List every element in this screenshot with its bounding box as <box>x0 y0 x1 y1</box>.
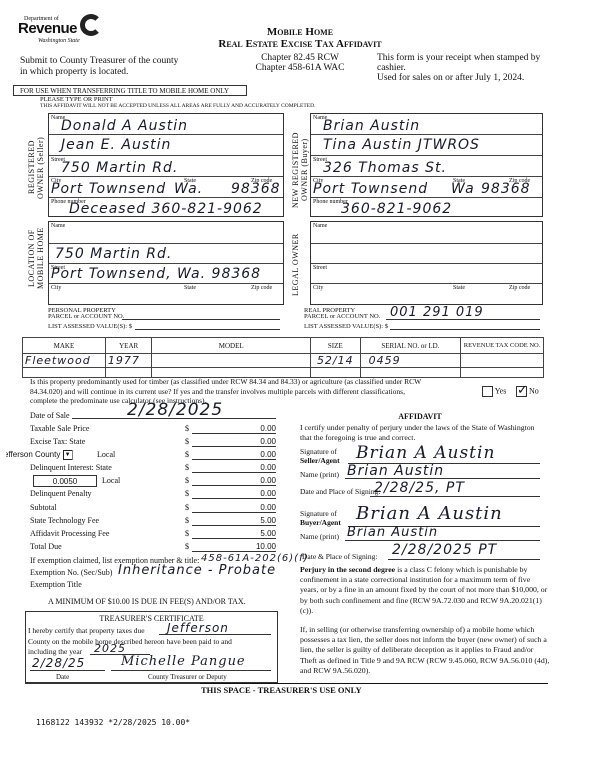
cashier-stamp: 1168122 143932 *2/28/2025 10.00* <box>36 718 190 727</box>
form-title-line2: Real Estate Excise Tax Affidavit <box>0 38 600 50</box>
cell-size[interactable]: 52/14 <box>310 354 360 368</box>
col-year: YEAR <box>105 338 152 354</box>
seller-phone-field[interactable]: Phone number Deceased 360-821-9062 <box>49 198 283 217</box>
cell-model[interactable] <box>152 368 310 378</box>
buyer-box: Name Brian Austin Tina Austin JTWROS Str… <box>310 113 543 217</box>
location-street-field[interactable]: Street Port Townsend, Wa. 98368 <box>49 264 283 284</box>
fee-row-delinquent-penalty: Delinquent Penalty$0.00 <box>30 489 276 502</box>
yes-label: Yes <box>495 386 507 395</box>
exemption-no-label: Exemption No. (Sec/Sub) <box>30 568 112 577</box>
exemption-title-value[interactable]: Inheritance - Probate <box>118 563 276 578</box>
minimum-note: A MINIMUM OF $10.00 IS DUE IN FEE(S) AND… <box>48 597 246 606</box>
state-label: State <box>453 285 465 291</box>
fee-label: Excise Tax: State <box>30 437 85 446</box>
street-label: Street <box>313 265 327 271</box>
seller-section-label: REGISTERED OWNER (Seller) <box>27 125 47 210</box>
mobile-home-table: MAKE YEAR MODEL SIZE SERIAL NO. or I.D. … <box>22 337 544 378</box>
seller-signature-value: Brian A Austin <box>356 443 495 463</box>
buyer-name2-value: Tina Austin JTWROS <box>323 137 480 153</box>
fee-row-excise-local: Local$0.00 <box>30 450 276 463</box>
treasurer-county-value: Jefferson <box>167 621 229 635</box>
fee-label: Local <box>97 450 115 459</box>
currency-sign: $ <box>185 424 189 433</box>
legal-name-field[interactable]: Name <box>311 222 542 244</box>
buyer-city-field[interactable]: City State Zip code Port Townsend Wa 983… <box>311 177 542 198</box>
fee-row-delinquent-local: Local$0.00 <box>30 476 276 489</box>
form-title-line1: Mobile Home <box>0 26 600 38</box>
fee-value[interactable]: 10.00 <box>192 542 276 552</box>
buyer-name1-field[interactable]: Name Brian Austin <box>311 114 542 135</box>
fee-value[interactable]: 0.00 <box>192 424 276 434</box>
personal-assessed-label: LIST ASSESSED VALUE(S): $ <box>48 323 132 330</box>
cell-tax-code[interactable] <box>461 354 544 368</box>
fee-value[interactable]: 0.00 <box>192 463 276 473</box>
cell-serial[interactable] <box>360 368 460 378</box>
yes-checkbox[interactable] <box>482 386 493 397</box>
legal-street-field[interactable]: Street <box>311 264 542 284</box>
treasurer-date-value: 2/28/25 <box>32 656 85 670</box>
treasurer-date-label: Date <box>56 673 69 681</box>
fee-value[interactable]: 0.00 <box>192 503 276 513</box>
fee-row-affidavit-processing: Affidavit Processing Fee$5.00 <box>30 529 276 542</box>
timber-question: Is this property predominantly used for … <box>30 377 430 406</box>
no-checkbox[interactable]: ✓ <box>516 386 527 397</box>
name-label: Name <box>51 223 65 229</box>
real-assessed-input[interactable] <box>390 323 540 330</box>
real-parcel-input[interactable]: 001 291 019 <box>386 305 540 320</box>
zip-label: Zip code <box>251 285 272 291</box>
no-label: No <box>529 386 539 395</box>
city-label: City <box>313 285 323 291</box>
buyer-zip-value: 98368 <box>481 181 531 197</box>
seller-city-field[interactable]: City State Zip code Port Townsend Wa. 98… <box>49 177 283 198</box>
seller-zip-value: 98368 <box>231 181 281 197</box>
buyer-signature-input[interactable]: Brian A Austin <box>348 505 540 527</box>
seller-sig-label: Signature of Seller/Agent <box>300 447 340 465</box>
seller-name-label: Name (print) <box>300 470 339 479</box>
seller-label-2: OWNER (Seller) <box>36 136 45 198</box>
location-line1-field[interactable]: 750 Martin Rd. <box>49 244 283 264</box>
submit-note-2: in which property is located. <box>20 67 128 77</box>
buyer-name-value: Brian Austin <box>347 525 438 540</box>
legal-name2-field[interactable] <box>311 244 542 264</box>
buyer-date-value: 2/28/2025 PT <box>392 542 497 558</box>
receipt-note-2: cashier. <box>377 63 406 73</box>
treasurer-certificate: TREASURER'S CERTIFICATE I hereby certify… <box>25 611 278 684</box>
no-option[interactable]: ✓ No <box>516 386 539 397</box>
buyer-name-label: Name (print) <box>300 532 339 541</box>
seller-signature-input[interactable]: Brian A Austin <box>348 445 540 464</box>
legal-owner-section-label: LEGAL OWNER <box>291 230 305 300</box>
treasurer-text3: including the year <box>28 647 82 656</box>
real-parcel-value: 001 291 019 <box>390 305 484 320</box>
currency-sign: $ <box>185 476 189 485</box>
fee-row-state-technology: State Technology Fee$5.00 <box>30 516 276 529</box>
seller-name2-value: Jean E. Austin <box>61 137 171 153</box>
location-name-field[interactable]: Name <box>49 222 283 244</box>
table-header-row: MAKE YEAR MODEL SIZE SERIAL NO. or I.D. … <box>23 338 544 354</box>
location-line1-value: 750 Martin Rd. <box>55 246 172 262</box>
cell-size[interactable] <box>310 368 360 378</box>
buyer-phone-value: 360-821-9062 <box>341 201 452 217</box>
fee-row-taxable-sale-price: Taxable Sale Price$0.00 <box>30 424 276 437</box>
buyer-date-label: Date & Place of Signing: <box>302 552 377 561</box>
affidavit-title: AFFIDAVIT <box>300 412 540 421</box>
fee-value[interactable]: 0.00 <box>192 489 276 499</box>
perjury-notice: Perjury in the second degree is a class … <box>300 565 550 616</box>
currency-sign: $ <box>185 437 189 446</box>
col-tax-code: REVENUE TAX CODE NO. <box>461 338 544 354</box>
fee-label: Delinquent Interest: State <box>30 463 112 472</box>
currency-sign: $ <box>185 489 189 498</box>
seller-state-value: Wa. <box>174 181 203 197</box>
buyer-city-value: Port Townsend <box>313 181 428 197</box>
cell-make[interactable]: Fleetwood <box>23 354 106 368</box>
fee-value[interactable]: 5.00 <box>192 529 276 539</box>
currency-sign: $ <box>185 529 189 538</box>
fee-row-excise-state: Excise Tax: State$0.00 <box>30 437 276 450</box>
name-label: Name <box>313 223 327 229</box>
seller-sig-label-2: Seller/Agent <box>300 456 340 465</box>
personal-assessed-input[interactable] <box>135 323 280 330</box>
location-street-value: Port Townsend, Wa. 98368 <box>51 266 261 282</box>
affidavit-certify: I certify under penalty of perjury under… <box>300 423 545 443</box>
currency-sign: $ <box>185 542 189 551</box>
footer-divider <box>200 683 548 684</box>
legal-city-field[interactable]: City State Zip code <box>311 284 542 304</box>
col-serial: SERIAL NO. or I.D. <box>360 338 460 354</box>
seller-name1-field[interactable]: Name Donald A Austin <box>49 114 283 135</box>
location-section-label: LOCATION OF MOBILE HOME <box>27 222 47 294</box>
fee-label: Taxable Sale Price <box>30 424 89 433</box>
cell-serial[interactable]: 0459 <box>360 354 460 368</box>
seller-name2-field[interactable]: Jean E. Austin <box>49 135 283 156</box>
yes-option[interactable]: Yes <box>482 386 506 397</box>
type-print-note: PLEASE TYPE OR PRINT <box>40 96 113 103</box>
buyer-name2-field[interactable]: Tina Austin JTWROS <box>311 135 542 156</box>
treasurer-text1: I hereby certify that property taxes due <box>28 626 145 635</box>
treasurer-county-input[interactable]: Jefferson <box>159 624 271 635</box>
treasurer-date-input[interactable]: 2/28/25 <box>30 658 105 671</box>
fee-value[interactable]: 0.00 <box>192 450 276 460</box>
cell-year[interactable]: 1977 <box>105 354 152 368</box>
seller-name-value: Brian Austin <box>347 463 444 479</box>
col-model: MODEL <box>152 338 310 354</box>
table-row: Fleetwood 1977 52/14 0459 <box>23 354 544 368</box>
seller-box: Name Donald A Austin Jean E. Austin Stre… <box>48 113 284 217</box>
location-label-1: LOCATION OF <box>27 229 36 287</box>
buyer-phone-field[interactable]: Phone number 360-821-9062 <box>311 198 542 217</box>
fee-row-subtotal: Subtotal$0.00 <box>30 503 276 516</box>
personal-parcel-input[interactable] <box>122 313 280 320</box>
fee-label: State Technology Fee <box>30 516 99 525</box>
real-assessed-label: LIST ASSESSED VALUE(S): $ <box>304 323 388 330</box>
buyer-sig-label: Signature of Buyer/Agent <box>300 509 341 527</box>
currency-sign: $ <box>185 516 189 525</box>
buyer-signature-value: Brian A Austin <box>356 503 503 524</box>
table-row <box>23 368 544 378</box>
fee-label: Delinquent Penalty <box>30 489 92 498</box>
fee-value[interactable]: 0.00 <box>192 437 276 447</box>
receipt-note-1: This form is your receipt when stamped b… <box>377 53 540 63</box>
currency-sign: $ <box>185 450 189 459</box>
state-label: State <box>184 285 196 291</box>
buyer-street-value: 326 Thomas St. <box>323 160 447 176</box>
location-label-2: MOBILE HOME <box>36 227 45 289</box>
location-city-field[interactable]: City State Zip code <box>49 284 283 304</box>
treasurer-use-only: THIS SPACE - TREASURER'S USE ONLY <box>201 685 362 695</box>
fee-value[interactable]: 5.00 <box>192 516 276 526</box>
legal-owner-box: Name Street City State Zip code <box>310 221 543 305</box>
fee-label: Total Due <box>30 542 62 551</box>
cell-year[interactable] <box>105 368 152 378</box>
warning-note: THIS AFFIDAVIT WILL NOT BE ACCEPTED UNLE… <box>40 103 315 109</box>
personal-parcel-label-2: PARCEL or ACCOUNT NO. <box>48 313 124 320</box>
zip-label: Zip code <box>509 285 530 291</box>
real-parcel-label-2: PARCEL or ACCOUNT NO. <box>304 313 380 320</box>
seller-date-input[interactable]: 2/28/25, PT <box>370 483 540 497</box>
fee-label: Local <box>102 476 120 485</box>
buyer-name1-value: Brian Austin <box>323 118 420 134</box>
fee-label: Affidavit Processing Fee <box>30 529 109 538</box>
seller-name-input[interactable]: Brian Austin <box>345 465 540 479</box>
seller-name1-value: Donald A Austin <box>61 118 188 134</box>
exemption-title-label: Exemption Title <box>30 580 82 589</box>
col-size: SIZE <box>310 338 360 354</box>
fee-value[interactable]: 0.00 <box>192 476 276 486</box>
buyer-date-input[interactable]: 2/28/2025 PT <box>388 545 540 560</box>
seller-sig-label-1: Signature of <box>300 447 337 456</box>
seller-date-value: 2/28/25, PT <box>374 480 465 496</box>
buyer-section-label: NEW REGISTERED OWNER (Buyer) <box>291 125 311 215</box>
city-label: City <box>51 285 61 291</box>
treasurer-sig-label: County Treasurer or Deputy <box>148 673 227 681</box>
seller-date-label: Date and Place of Signing: <box>300 487 380 496</box>
buyer-sig-label-1: Signature of <box>300 509 337 518</box>
receipt-note-3: Used for sales on or after July 1, 2024. <box>377 73 524 83</box>
col-make: MAKE <box>23 338 106 354</box>
seller-street-value: 750 Martin Rd. <box>61 160 178 176</box>
treasurer-title: TREASURER'S CERTIFICATE <box>26 614 277 623</box>
buyer-name-input[interactable]: Brian Austin <box>345 528 540 541</box>
treasurer-signature-value: Michelle Pangue <box>121 654 246 669</box>
buyer-label-1: NEW REGISTERED <box>291 132 300 208</box>
seller-street-field[interactable]: Street 750 Martin Rd. <box>49 156 283 177</box>
date-of-sale-value: 2/28/2025 <box>127 400 223 420</box>
seller-city-value: Port Townsend <box>51 181 166 197</box>
submit-note-1: Submit to County Treasurer of the county <box>20 56 178 66</box>
date-of-sale-input[interactable]: 2/28/2025 <box>72 404 276 419</box>
buyer-street-field[interactable]: Street 326 Thomas St. <box>311 156 542 177</box>
currency-sign: $ <box>185 503 189 512</box>
perjury-bold: Perjury in the second degree <box>300 565 395 574</box>
buyer-state-value: Wa <box>451 181 475 197</box>
location-box: Name 750 Martin Rd. Street Port Townsend… <box>48 221 284 305</box>
currency-sign: $ <box>185 463 189 472</box>
fee-label: Subtotal <box>30 503 57 512</box>
seller-label-1: REGISTERED <box>27 141 36 195</box>
lien-notice: If, in selling (or otherwise transferrin… <box>300 625 550 676</box>
buyer-label-2: OWNER (Buyer) <box>300 139 309 202</box>
date-of-sale-label: Date of Sale <box>30 411 70 420</box>
buyer-sig-label-2: Buyer/Agent <box>300 518 341 527</box>
cell-make[interactable] <box>23 368 106 378</box>
cell-tax-code[interactable] <box>461 368 544 378</box>
cell-model[interactable] <box>152 354 310 368</box>
seller-phone-value: Deceased 360-821-9062 <box>69 201 263 217</box>
treasurer-signature-input[interactable]: Michelle Pangue <box>111 658 271 671</box>
use-box: FOR USE WHEN TRANSFERRING TITLE TO MOBIL… <box>13 85 247 96</box>
checkmark-icon: ✓ <box>517 382 528 398</box>
